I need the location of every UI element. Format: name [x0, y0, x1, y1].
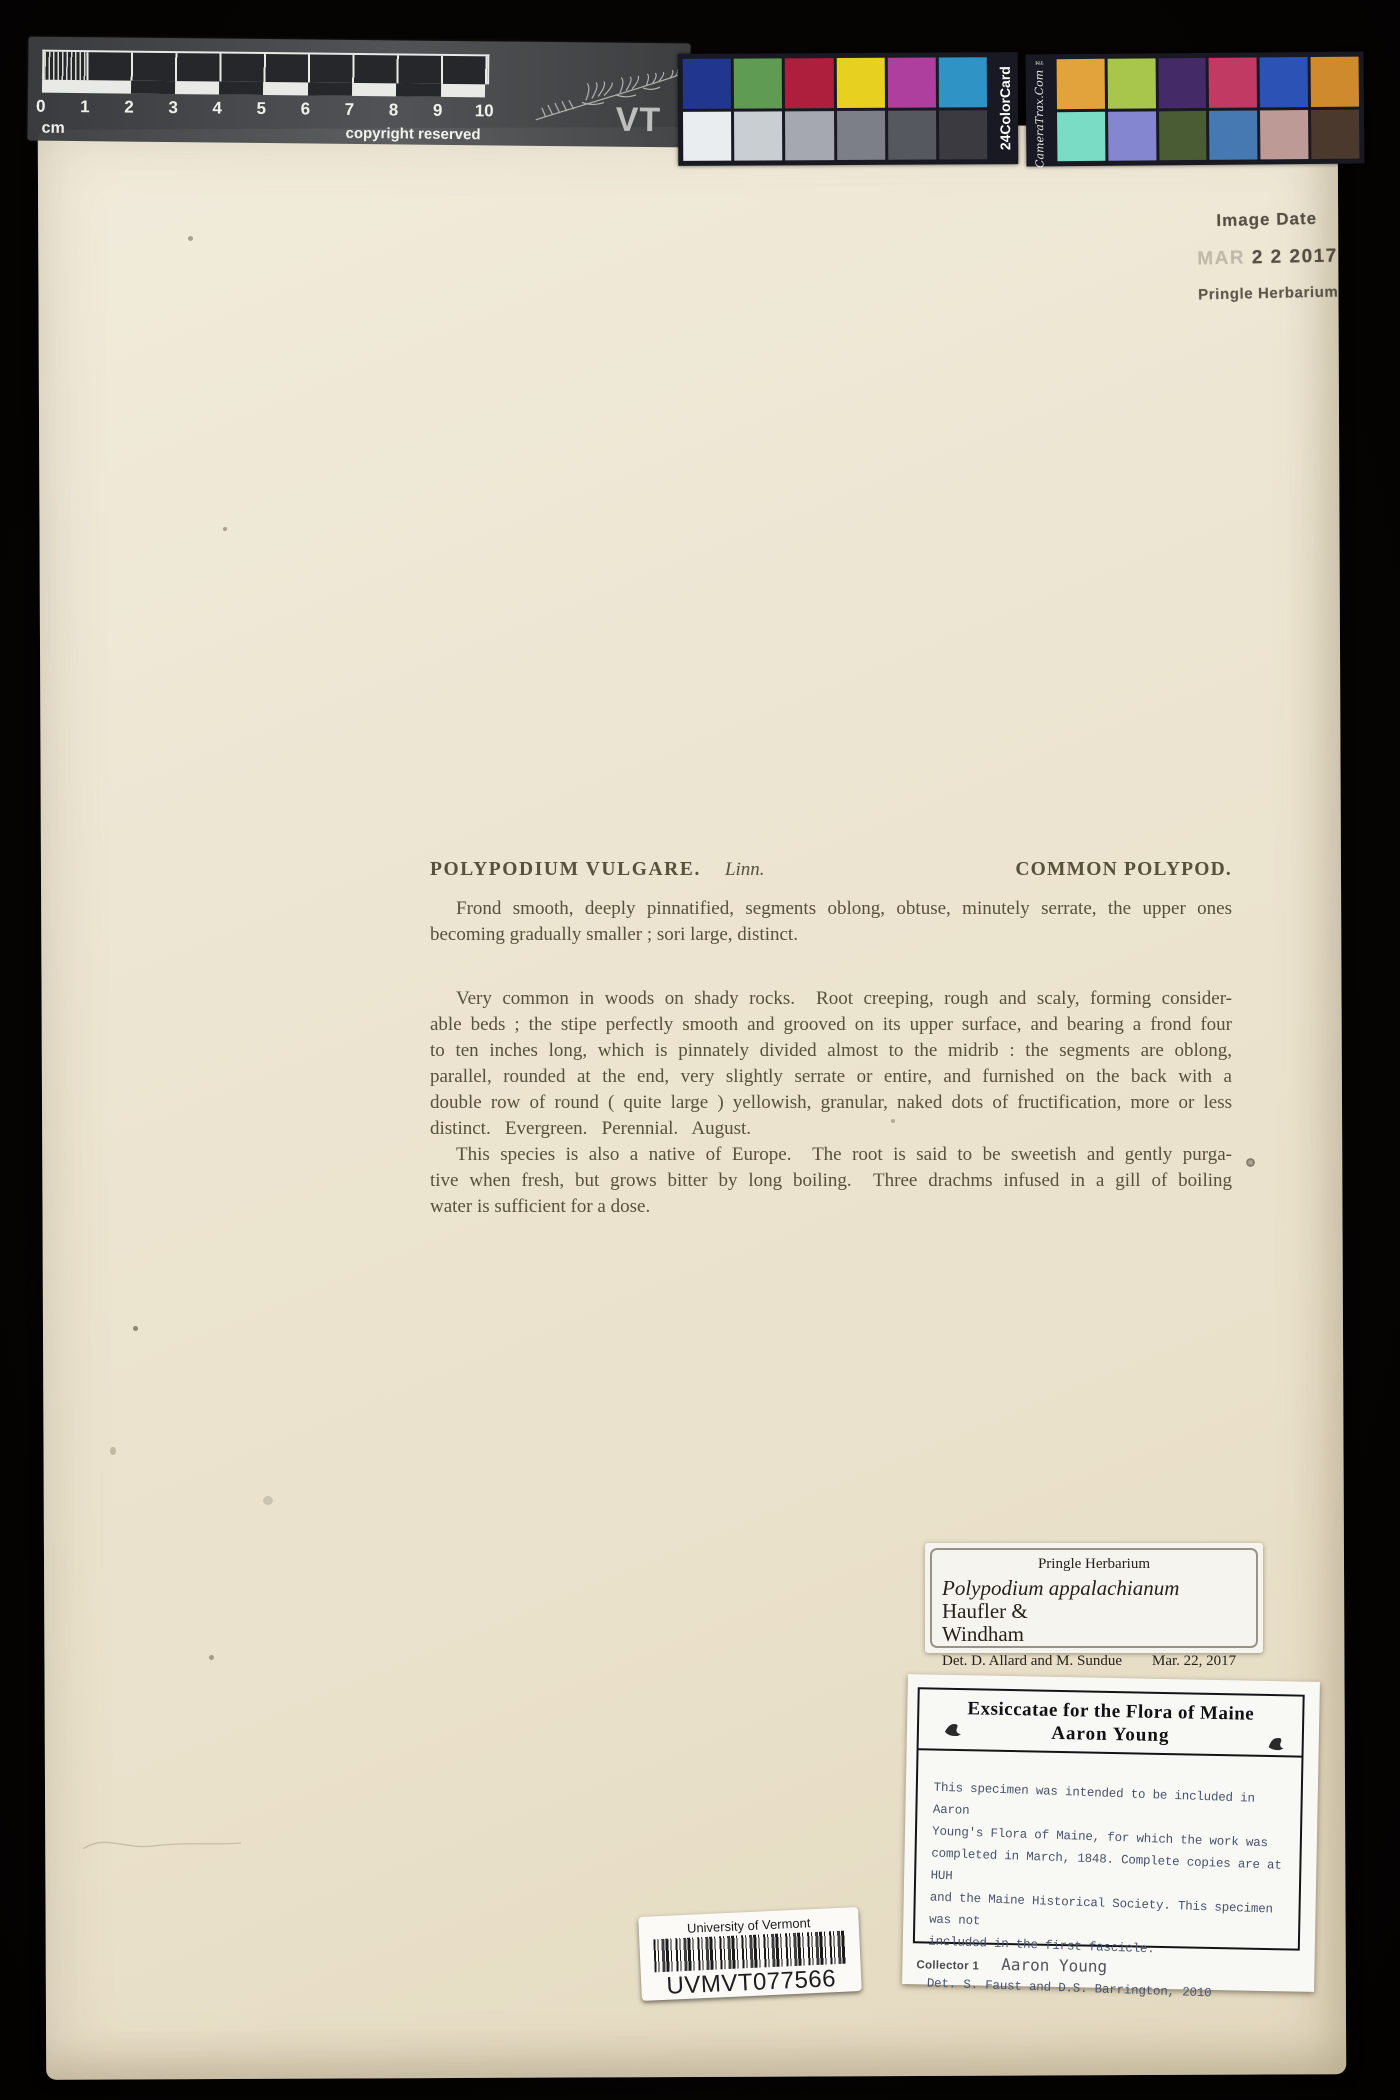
text-line: Very common in woods on shady rocks. Roo…	[430, 986, 1232, 1012]
det-label-row: Det. D. Allard and M. Sundue Mar. 22, 20…	[942, 1653, 1246, 1670]
ink-mark-icon	[1266, 1736, 1286, 1750]
herbarium-sheet-scan: 012345678910 cm copyright reserved VT 24…	[0, 0, 1400, 2100]
species-author: Linn.	[725, 859, 765, 880]
color-swatch	[683, 59, 731, 109]
copyright-text: copyright reserved	[325, 125, 500, 144]
exsiccatae-border-box: Exsiccatae for the Flora of Maine Aaron …	[913, 1687, 1305, 1950]
color-swatch	[734, 111, 782, 161]
color-card-maker-text: CameraTrax.Com ™	[1032, 53, 1046, 168]
scale-bar	[42, 50, 488, 99]
description-paragraph-3: This species is also a native of Europe.…	[430, 1142, 1232, 1220]
ruler-number: 1	[78, 97, 92, 117]
color-swatch	[837, 110, 885, 160]
color-swatch	[683, 111, 731, 161]
color-swatch	[734, 58, 782, 108]
determination-label: Pringle Herbarium Polypodium appalachian…	[925, 1543, 1263, 1653]
ruler-number: 2	[122, 98, 136, 118]
color-calibration-card-1: 24ColorCard	[678, 52, 1019, 166]
collector-name: Aaron Young	[1001, 1955, 1107, 1976]
common-name: COMMON POLYPOD.	[1015, 858, 1232, 882]
text-line: Frond smooth, deeply pinnatified, segmen…	[430, 896, 1232, 922]
ink-mark-icon	[943, 1722, 963, 1736]
ruler-numbers: 012345678910	[34, 97, 494, 122]
collector-row: Collector 1 Aaron Young	[916, 1953, 1107, 1976]
color-swatch	[939, 57, 987, 107]
color-swatch	[785, 111, 833, 161]
description-paragraph-1: Frond smooth, deeply pinnatified, segmen…	[430, 896, 1232, 948]
text-line: water is sufficient for a dose.	[430, 1194, 1232, 1220]
exsiccatae-label: Exsiccatae for the Flora of Maine Aaron …	[902, 1674, 1320, 1992]
collector-label: Collector 1	[916, 1959, 979, 1972]
color-swatch	[887, 58, 935, 108]
color-swatch	[836, 58, 884, 108]
color-swatch	[1311, 57, 1359, 107]
species-heading: POLYPODIUM VULGARE.Linn. COMMON POLYPOD.	[430, 858, 1232, 882]
color-calibration-card-2: CameraTrax.Com ™	[1026, 52, 1365, 167]
color-patches	[678, 52, 993, 166]
color-swatch	[939, 110, 987, 160]
det-label-species: Polypodium appalachianum Haufler & Windh…	[942, 1577, 1246, 1646]
ruler-number: 4	[210, 98, 224, 118]
determination-label-border: Pringle Herbarium Polypodium appalachian…	[930, 1548, 1258, 1648]
heading-left: POLYPODIUM VULGARE.Linn.	[430, 858, 765, 882]
color-swatch	[1260, 57, 1308, 107]
color-swatch	[1209, 57, 1257, 107]
det-date: Mar. 22, 2017	[1152, 1653, 1236, 1670]
det-species-name: Polypodium appalachianum	[942, 1576, 1179, 1600]
color-card-maker: CameraTrax.Com ™	[1026, 54, 1053, 166]
det-determiner: Det. D. Allard and M. Sundue	[942, 1653, 1122, 1670]
color-swatch	[1057, 111, 1105, 161]
ruler-number: 10	[475, 101, 494, 121]
scale-bar-segments	[42, 50, 489, 85]
color-card-brand: 24ColorCard	[992, 52, 1019, 164]
color-swatch	[1057, 59, 1105, 109]
text-line: This species is also a native of Europe.…	[430, 1142, 1232, 1168]
scale-bar-ruler: 012345678910 cm copyright reserved VT	[27, 37, 690, 148]
vt-logo: VT	[616, 101, 662, 140]
text-line: becoming gradually smaller ; sori large,…	[430, 922, 1232, 948]
ruler-number: 0	[34, 97, 48, 117]
color-patches	[1052, 52, 1365, 167]
color-swatch	[1260, 110, 1308, 160]
ruler-number: 5	[254, 99, 268, 119]
ruler-number: 6	[298, 99, 312, 119]
color-swatch	[785, 58, 833, 108]
millimeter-hatch	[44, 52, 88, 80]
color-swatch	[1159, 110, 1207, 160]
stamp-date: MAR 2 2 2017	[1180, 245, 1355, 271]
text-line: able beds ; the stipe perfectly smooth a…	[430, 1012, 1232, 1038]
color-swatch	[1108, 111, 1156, 161]
text-line: to ten inches long, which is pinnately d…	[430, 1038, 1232, 1064]
color-swatch	[888, 110, 936, 160]
ruler-number: 8	[386, 100, 400, 120]
text-line: tive when fresh, but grows bitter by lon…	[430, 1168, 1232, 1194]
exsiccatae-header: Exsiccatae for the Flora of Maine Aaron …	[919, 1689, 1303, 1757]
color-swatch	[1107, 58, 1155, 108]
species-name: POLYPODIUM VULGARE.	[430, 859, 701, 880]
printed-description: POLYPODIUM VULGARE.Linn. COMMON POLYPOD.…	[430, 858, 1232, 1220]
description-paragraph-2: Very common in woods on shady rocks. Roo…	[430, 986, 1232, 1142]
ruler-unit-label: cm	[42, 120, 65, 138]
stamp-title: Image Date	[1179, 208, 1354, 232]
det-species-author-2: Windham	[942, 1622, 1024, 1646]
stamp-date-month: MAR	[1197, 247, 1245, 269]
stamp-date-day-year: 2 2 2017	[1245, 246, 1338, 269]
text-line: distinct. Evergreen. Perennial. August.	[430, 1116, 1232, 1142]
ruler-number: 7	[342, 100, 356, 120]
image-date-stamp: Image Date MAR 2 2 2017 Pringle Herbariu…	[1179, 208, 1356, 304]
color-swatch	[1209, 110, 1257, 160]
det-label-header: Pringle Herbarium	[942, 1556, 1246, 1573]
barcode-label: University of Vermont UVMVT077566	[638, 1907, 862, 2001]
ruler-number: 9	[431, 101, 445, 121]
color-swatch	[1311, 109, 1359, 159]
text-line: double row of round ( quite large ) yell…	[430, 1090, 1232, 1116]
color-swatch	[1158, 58, 1206, 108]
text-line: parallel, rounded at the end, very sligh…	[430, 1064, 1232, 1090]
ruler-number: 3	[166, 98, 180, 118]
color-card-brand-text: 24ColorCard	[997, 66, 1013, 150]
